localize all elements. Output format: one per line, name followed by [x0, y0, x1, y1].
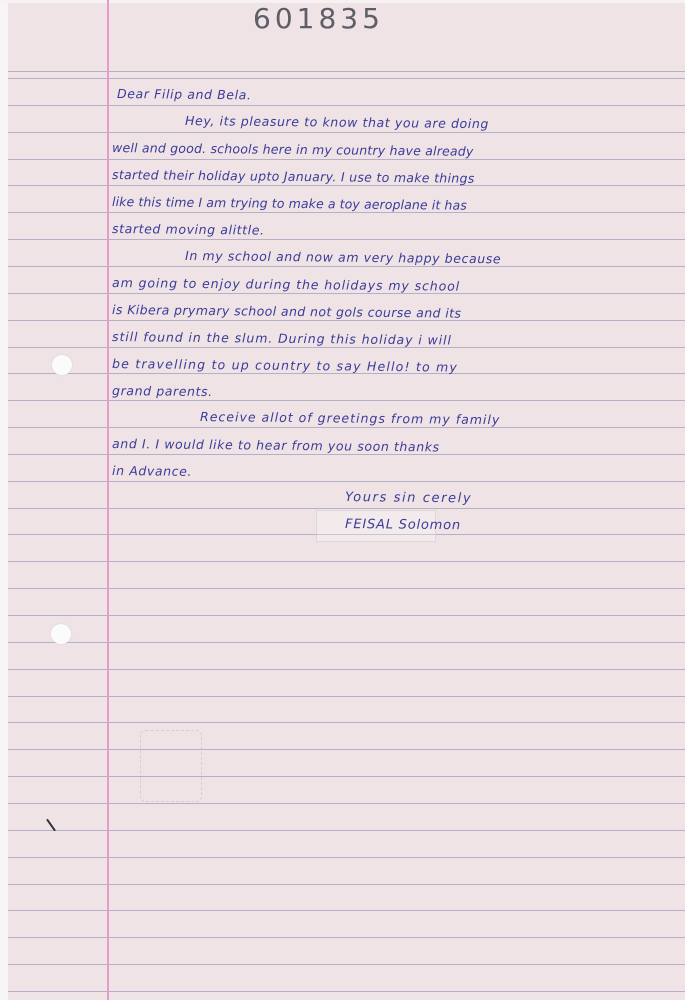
ruled-line: [8, 642, 685, 643]
ruled-line: [8, 454, 685, 455]
punch-hole-bottom: [51, 624, 71, 644]
letter-line: in Advance.: [112, 463, 192, 479]
letter-line: grand parents.: [112, 383, 213, 399]
ruled-line: [8, 212, 685, 213]
letter-line: be travelling to up country to say Hello…: [112, 356, 458, 375]
ruled-line: [8, 615, 685, 616]
ruled-line: [8, 132, 685, 133]
paper-edge: [0, 0, 8, 1000]
letter-line: started moving alittle.: [112, 221, 265, 238]
ruled-line: [8, 722, 685, 723]
letter-line: still found in the slum. During this hol…: [112, 329, 452, 348]
letter-line: Receive allot of greetings from my famil…: [200, 409, 500, 427]
ruled-line: [8, 105, 685, 106]
ruled-line: [8, 588, 685, 589]
letter-line: like this time I am trying to make a toy…: [112, 194, 467, 213]
ruled-line: [8, 347, 685, 348]
ruled-line: [8, 293, 685, 294]
ruled-line: [8, 508, 685, 509]
ruled-line: [8, 561, 685, 562]
ruled-line: [8, 910, 685, 911]
letter-line: Hey, its pleasure to know that you are d…: [185, 113, 489, 131]
ruled-line: [8, 803, 685, 804]
letter-line: is Kibera prymary school and not gols co…: [112, 302, 461, 321]
signature: FEISAL Solomon: [345, 517, 461, 533]
reference-number: 601835: [253, 2, 384, 35]
letter-line: well and good. schools here in my countr…: [112, 140, 474, 159]
ruled-line: [8, 669, 685, 670]
letter-page: 601835 Dear Filip and Bela. Hey, its ple…: [0, 0, 685, 1000]
closing: Yours sin cerely: [345, 490, 472, 506]
ruled-line: [8, 159, 685, 160]
ruled-line: [8, 481, 685, 482]
ruled-line: [8, 696, 685, 697]
ruled-line: [8, 71, 685, 72]
letter-line: am going to enjoy during the holidays my…: [112, 275, 460, 294]
ruled-line: [8, 749, 685, 750]
ruled-line: [8, 937, 685, 938]
ruled-line: [8, 185, 685, 186]
ruled-line: [8, 991, 685, 992]
ruled-line: [8, 776, 685, 777]
ruled-line: [8, 830, 685, 831]
ruled-line: [8, 320, 685, 321]
letter-line: and I. I would like to hear from you soo…: [112, 436, 440, 454]
letter-line: Dear Filip and Bela.: [117, 86, 252, 102]
ruled-line: [8, 78, 685, 79]
letter-line: In my school and now am very happy becau…: [185, 248, 501, 266]
ruled-line: [8, 884, 685, 885]
ruled-line: [8, 239, 685, 240]
ruled-line: [8, 266, 685, 267]
ruled-line: [8, 857, 685, 858]
faint-pencil-sketch: [140, 730, 202, 802]
ruled-line: [8, 964, 685, 965]
letter-line: started their holiday upto January. I us…: [112, 167, 475, 186]
punch-hole-top: [52, 355, 72, 375]
ruled-line: [8, 427, 685, 428]
margin-line: [107, 0, 109, 1000]
ruled-line: [8, 400, 685, 401]
